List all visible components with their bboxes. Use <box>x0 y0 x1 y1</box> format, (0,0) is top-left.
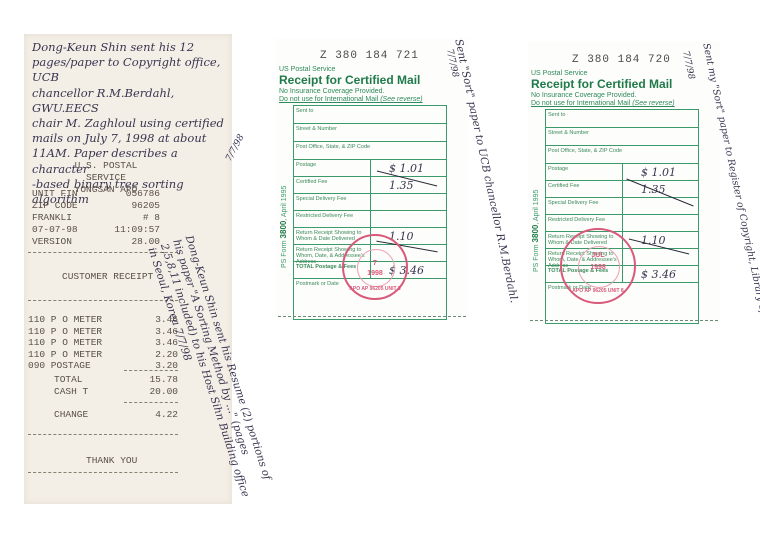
meta-row: VERSION28.00 <box>32 236 160 248</box>
change-row: CHANGE4.22 <box>54 409 178 420</box>
intl-notice-text: Do not use for International Mail <box>279 96 378 103</box>
field-label: Post Office, State, & ZIP Code <box>296 144 370 150</box>
item-label: 090 POSTAGE <box>28 360 91 372</box>
fee-label: Postage <box>548 166 620 172</box>
fee-value: $ 1.01 <box>641 166 676 179</box>
item-label: 110 P O METER <box>28 337 102 349</box>
field-sent-to: Sent to <box>546 110 698 128</box>
note-line: chair M. Zaghloul using certified <box>32 116 232 131</box>
fee-label: Restricted Delivery Fee <box>548 217 620 223</box>
fee-row: Certified Fee1.35 <box>294 177 446 194</box>
line-items: 110 P O METER3.46 110 P O METER3.46 110 … <box>28 314 178 372</box>
fee-row: Postage$ 1.01 <box>294 160 446 177</box>
field-post-office: Post Office, State, & ZIP Code <box>546 146 698 164</box>
fee-label: Certified Fee <box>296 179 368 185</box>
meta-value: 056786 <box>126 188 160 200</box>
receipt-title: Receipt for Certified Mail <box>279 73 420 87</box>
divider <box>124 370 178 371</box>
service-label: US Postal Service <box>531 70 587 77</box>
fee-label: Restricted Delivery Fee <box>296 213 368 219</box>
see-reverse: (See reverse) <box>632 100 674 107</box>
stamp-year: 1998 <box>562 264 634 271</box>
fee-label: Certified Fee <box>548 183 620 189</box>
change-label: CHANGE <box>54 409 88 420</box>
intl-notice: Do not use for International Mail (See r… <box>531 100 675 107</box>
cash-row: CASH T20.00 <box>54 386 178 398</box>
cash-value: 20.00 <box>149 386 178 398</box>
fee-label: Special Delivery Fee <box>296 196 368 202</box>
meta-value: # 8 <box>143 212 160 224</box>
perforation <box>530 320 718 321</box>
item-label: 110 P O METER <box>28 349 102 361</box>
form-number: 3800 <box>279 221 288 239</box>
line-item: 110 P O METER3.46 <box>28 314 178 326</box>
note-line: mails on July 7, 1998 at about <box>32 131 232 146</box>
total-value: 15.78 <box>149 374 178 386</box>
postmark-stamp: JUL 1998 APO AP 96205 UNIT 8 <box>560 228 636 304</box>
divider <box>28 300 178 301</box>
field-street: Street & Number <box>546 128 698 146</box>
certified-mail-receipt: Z 380 184 721 US Postal Service Receipt … <box>276 38 468 318</box>
fee-row: Certified Fee1.35 <box>546 181 698 198</box>
note-line: pages/paper to Copyright office, UCB <box>32 55 232 85</box>
intl-notice: Do not use for International Mail (See r… <box>279 96 423 103</box>
service-label: US Postal Service <box>279 66 335 73</box>
certified-mail-receipt: Z 380 184 720 US Postal Service Receipt … <box>528 42 720 322</box>
field-label: Sent to <box>548 112 565 118</box>
fee-row: Restricted Delivery Fee <box>546 215 698 232</box>
meta-label: FRANKLI <box>32 212 72 224</box>
line-item: 110 P O METER3.46 <box>28 337 178 349</box>
insurance-notice: No Insurance Coverage Provided. <box>531 92 636 99</box>
receipt-title: Receipt for Certified Mail <box>531 77 672 91</box>
meta-label: VERSION <box>32 236 72 248</box>
receipt-number: Z 380 184 721 <box>320 50 419 62</box>
stamp-bottom: APO AP 96205 UNIT 8 <box>344 286 406 292</box>
item-label: 110 P O METER <box>28 314 102 326</box>
meta-label: ZIP CODE <box>32 200 78 212</box>
fee-label: Special Delivery Fee <box>548 200 620 206</box>
total-label: TOTAL <box>54 374 83 386</box>
fee-value: $ 1.01 <box>389 162 424 175</box>
fee-label: Postmark or Date <box>296 281 339 287</box>
meta-row: FRANKLI# 8 <box>32 212 160 224</box>
cash-label: CASH T <box>54 386 88 398</box>
field-label: Post Office, State, & ZIP Code <box>548 148 622 154</box>
side-note-date: 7/7/98 <box>680 50 696 80</box>
meta-value: 11:09:57 <box>114 224 160 236</box>
side-note: Sent "Sort" paper to UCB chancellor R.M.… <box>451 38 520 304</box>
divider <box>28 472 178 473</box>
meta-row: ZIP CODE96205 <box>32 200 160 212</box>
postmark-stamp: 7 1998 APO AP 96205 UNIT 8 <box>342 234 408 300</box>
register-receipt: Dong-Keun Shin sent his 12 pages/paper t… <box>24 34 232 504</box>
line-item: 110 P O METER2.20 <box>28 349 178 361</box>
fee-row: Postage$ 1.01 <box>546 164 698 181</box>
field-label: Street & Number <box>296 126 337 132</box>
stamp-bottom: APO AP 96205 UNIT 8 <box>562 288 634 294</box>
line-item: 110 P O METER3.46 <box>28 326 178 338</box>
fee-label: Postage <box>296 162 368 168</box>
note-line: chancellor R.M.Berdahl, GWU.EECS <box>32 86 232 116</box>
fee-row: Restricted Delivery Fee <box>294 211 446 228</box>
item-label: 110 P O METER <box>28 326 102 338</box>
field-label: Sent to <box>296 108 313 114</box>
insurance-notice: No Insurance Coverage Provided. <box>279 88 384 95</box>
fee-value: 1.35 <box>389 179 414 192</box>
stamp-year: 1998 <box>344 270 406 277</box>
side-note: Sent my "Sort" paper to Register of Copy… <box>699 42 760 449</box>
change-value: 4.22 <box>155 409 178 420</box>
field-label: Street & Number <box>548 130 589 136</box>
fee-row: Special Delivery Fee <box>546 198 698 215</box>
customer-receipt-label: CUSTOMER RECEIPT <box>62 271 153 282</box>
postal-service-label: U.S. POSTAL SERVICE <box>54 160 158 184</box>
field-street: Street & Number <box>294 124 446 142</box>
totals: TOTAL15.78 CASH T20.00 <box>54 374 178 398</box>
meta-label: 07-07-98 <box>32 224 78 236</box>
field-post-office: Post Office, State, & ZIP Code <box>294 142 446 160</box>
meta-label: UNIT FIN <box>32 188 78 200</box>
meta-row: UNIT FIN056786 <box>32 188 160 200</box>
form-id: PS Form 3800, April 1995 <box>279 186 288 268</box>
total-row: TOTAL15.78 <box>54 374 178 386</box>
stamp-month: JUL <box>562 252 634 259</box>
form-number: 3800 <box>531 225 540 243</box>
stamp-day: 7 <box>344 260 406 267</box>
perforation <box>278 316 466 317</box>
thank-you-label: THANK YOU <box>86 455 137 466</box>
divider <box>124 402 178 403</box>
receipt-meta: UNIT FIN056786 ZIP CODE96205 FRANKLI# 8 … <box>32 188 160 248</box>
fee-value: $ 3.46 <box>641 268 676 281</box>
receipt-number: Z 380 184 720 <box>572 54 671 66</box>
meta-value: 96205 <box>131 200 160 212</box>
meta-row: 07-07-9811:09:57 <box>32 224 160 236</box>
field-sent-to: Sent to <box>294 106 446 124</box>
fee-row: Special Delivery Fee <box>294 194 446 211</box>
intl-notice-text: Do not use for International Mail <box>531 100 630 107</box>
see-reverse: (See reverse) <box>380 96 422 103</box>
note-line: Dong-Keun Shin sent his 12 <box>32 40 232 55</box>
form-id: PS Form 3800, April 1995 <box>531 190 540 272</box>
divider <box>28 434 178 435</box>
item-value: 2.20 <box>155 349 178 361</box>
